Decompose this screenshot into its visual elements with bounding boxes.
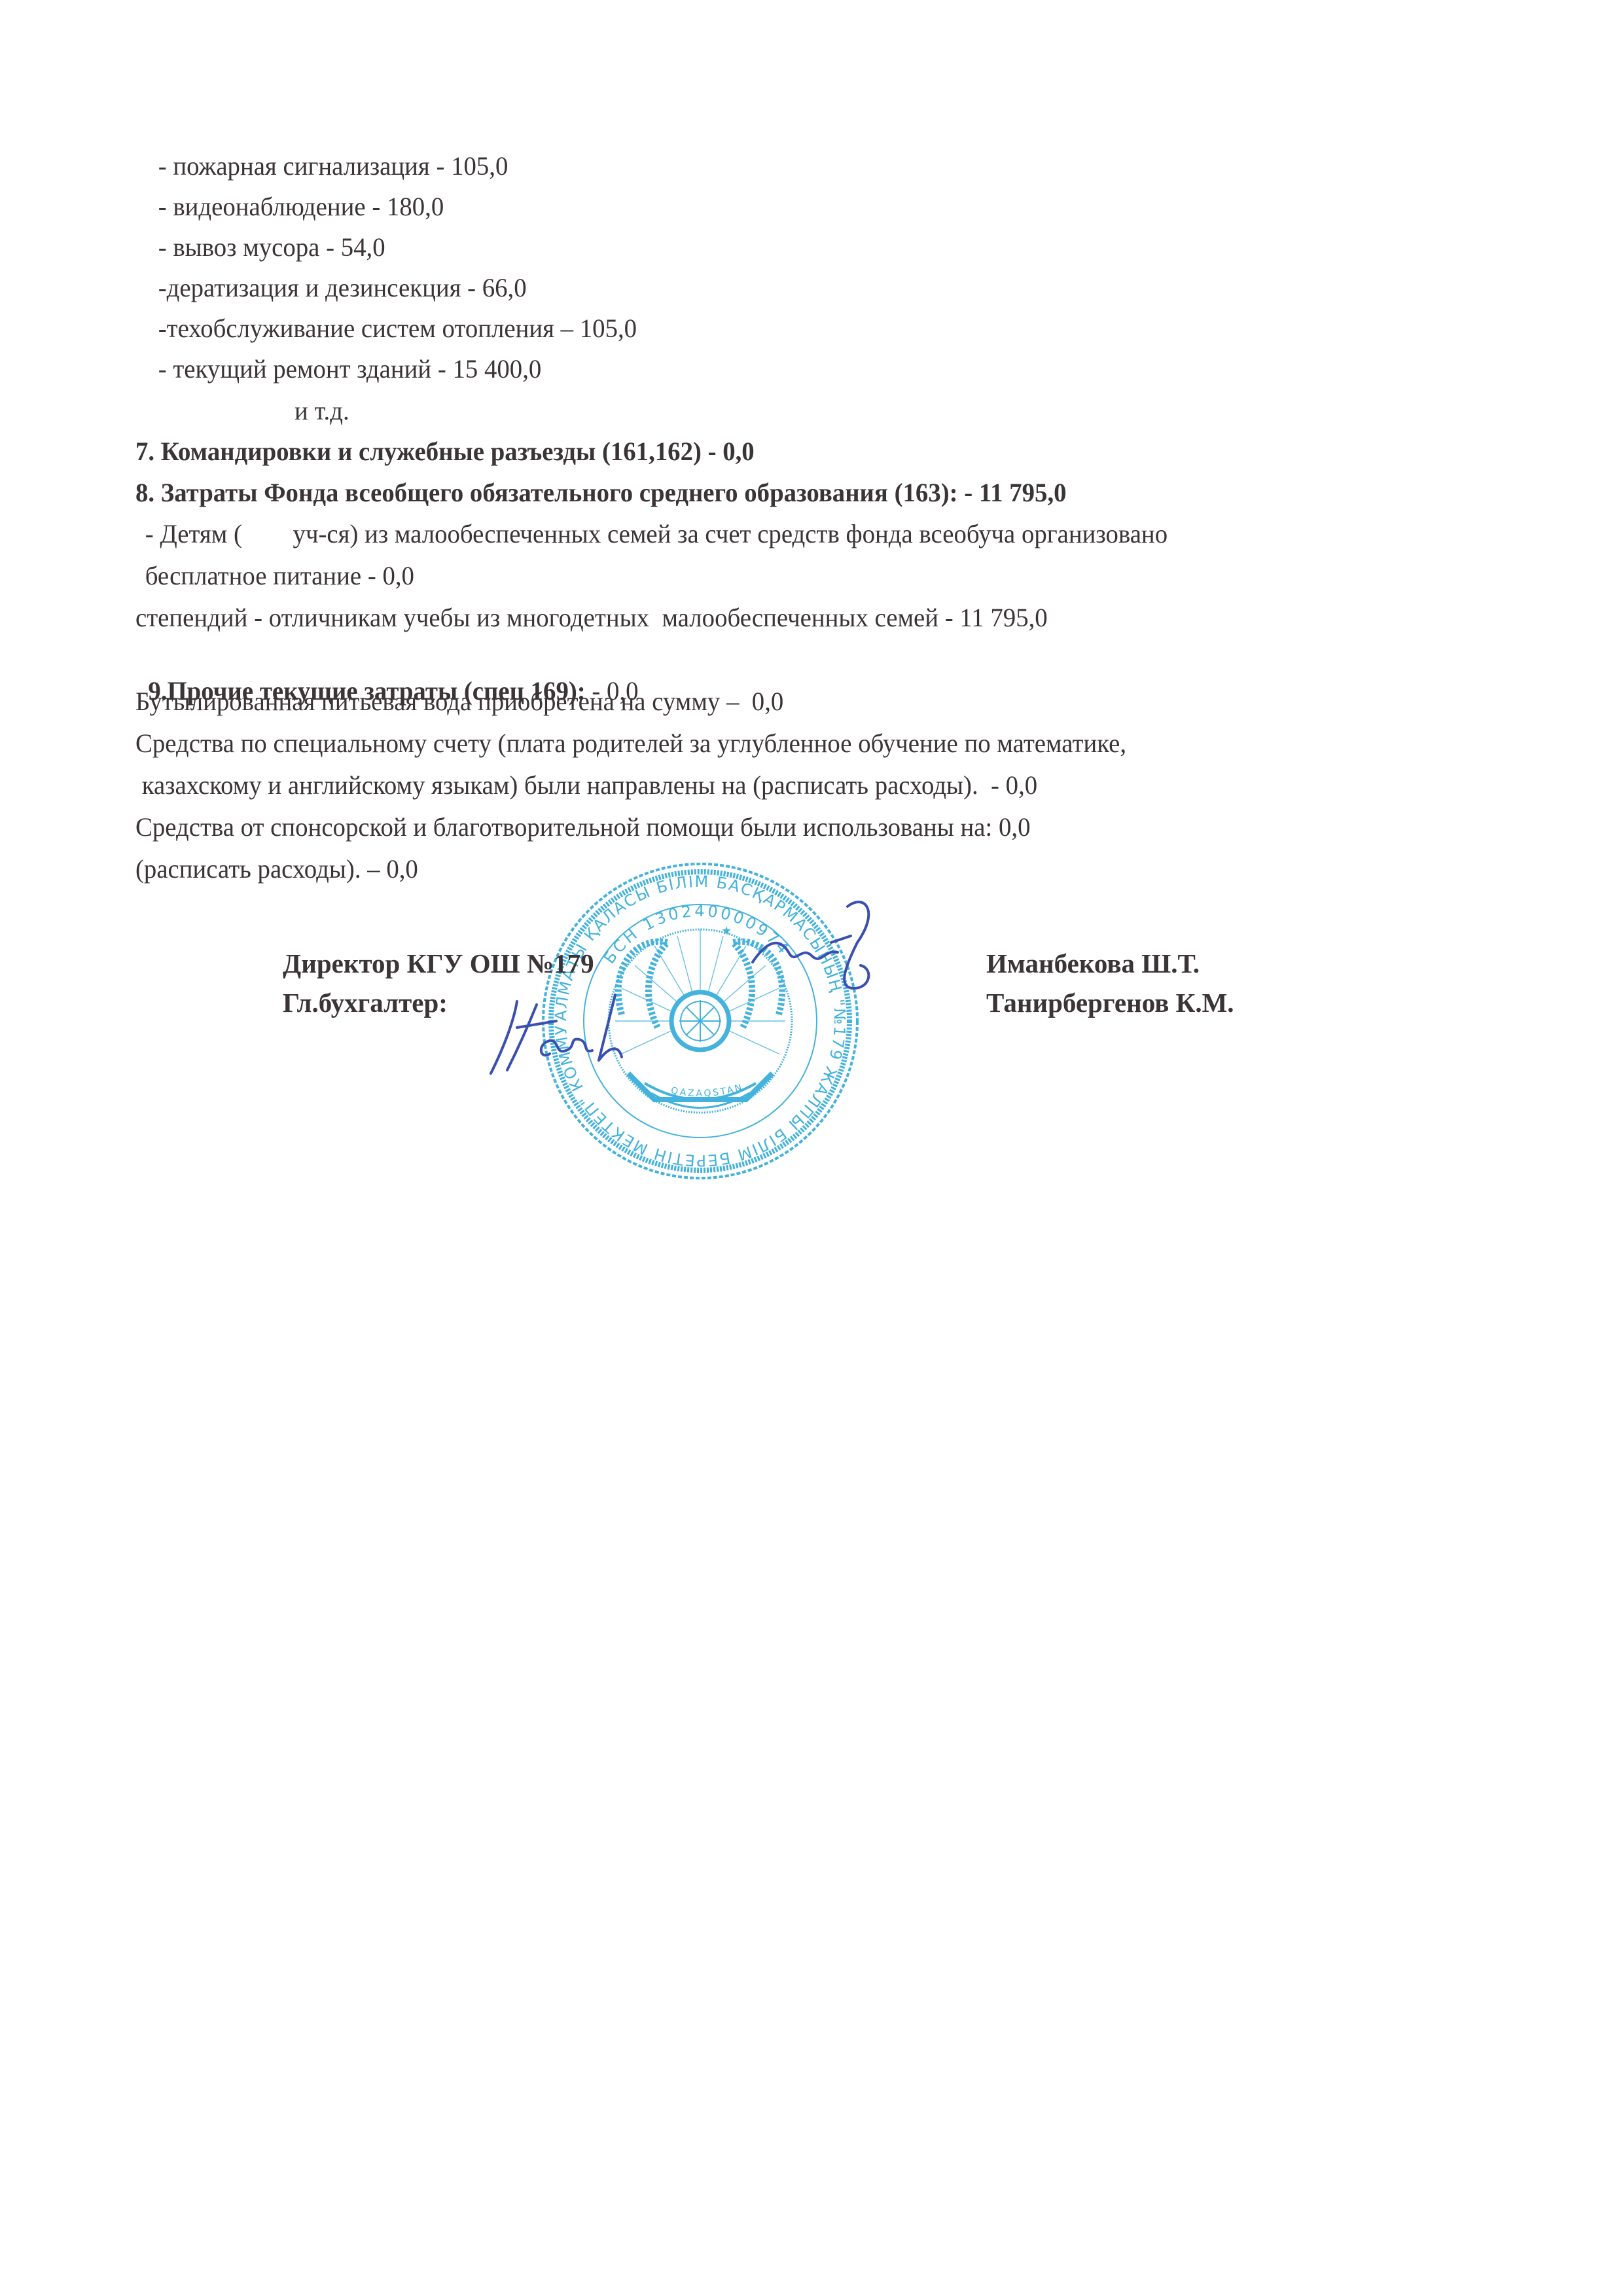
- maintenance-item-heating-service: -техобслуживание систем отопления – 105,…: [152, 313, 637, 344]
- director-label: Директор КГУ ОШ №179: [283, 948, 594, 979]
- director-name: Иманбекова Ш.Т.: [986, 948, 1200, 979]
- section-7-heading: 7. Командировки и служебные разъезды (16…: [135, 436, 755, 467]
- section-9-special-account-cont: казахскому и английскому языкам) были на…: [135, 770, 1037, 801]
- director-signature: [740, 890, 883, 1001]
- maintenance-item-garbage-removal: - вывоз мусора - 54,0: [152, 232, 385, 263]
- svg-text:★: ★: [721, 924, 732, 937]
- section-8-free-meals-value: бесплатное питание - 0,0: [139, 560, 414, 592]
- section-8-free-meals: - Детям ( уч-ся) из малообеспеченных сем…: [139, 518, 1168, 550]
- section-9-sponsorship-cont: (расписать расходы). – 0,0: [135, 853, 418, 885]
- maintenance-item-fire-alarm: - пожарная сигнализация - 105,0: [152, 151, 508, 182]
- section-8-heading: 8. Затраты Фонда всеобщего обязательного…: [135, 477, 1067, 509]
- maintenance-item-pest-control: -дератизация и дезинсекция - 66,0: [152, 272, 527, 304]
- section-9-sponsorship: Средства от спонсорской и благотворитель…: [135, 812, 1031, 843]
- etc-text: и т.д.: [294, 395, 349, 427]
- section-9-special-account: Средства по специальному счету (плата ро…: [135, 728, 1126, 759]
- accountant-name: Танирбергенов К.М.: [986, 987, 1234, 1018]
- section-8-scholarships: степендий - отличникам учебы из многодет…: [135, 602, 1048, 634]
- maintenance-item-video-surveillance: - видеонаблюдение - 180,0: [152, 191, 444, 223]
- section-9-bottled-water: Бутылированная питьевая вода приобретена…: [135, 686, 783, 717]
- svg-text:QAZAQSTAN: QAZAQSTAN: [670, 1082, 745, 1099]
- maintenance-item-building-repair: - текущий ремонт зданий - 15 400,0: [152, 353, 541, 385]
- accountant-signature: [478, 982, 648, 1080]
- accountant-label: Гл.бухгалтер:: [283, 987, 448, 1018]
